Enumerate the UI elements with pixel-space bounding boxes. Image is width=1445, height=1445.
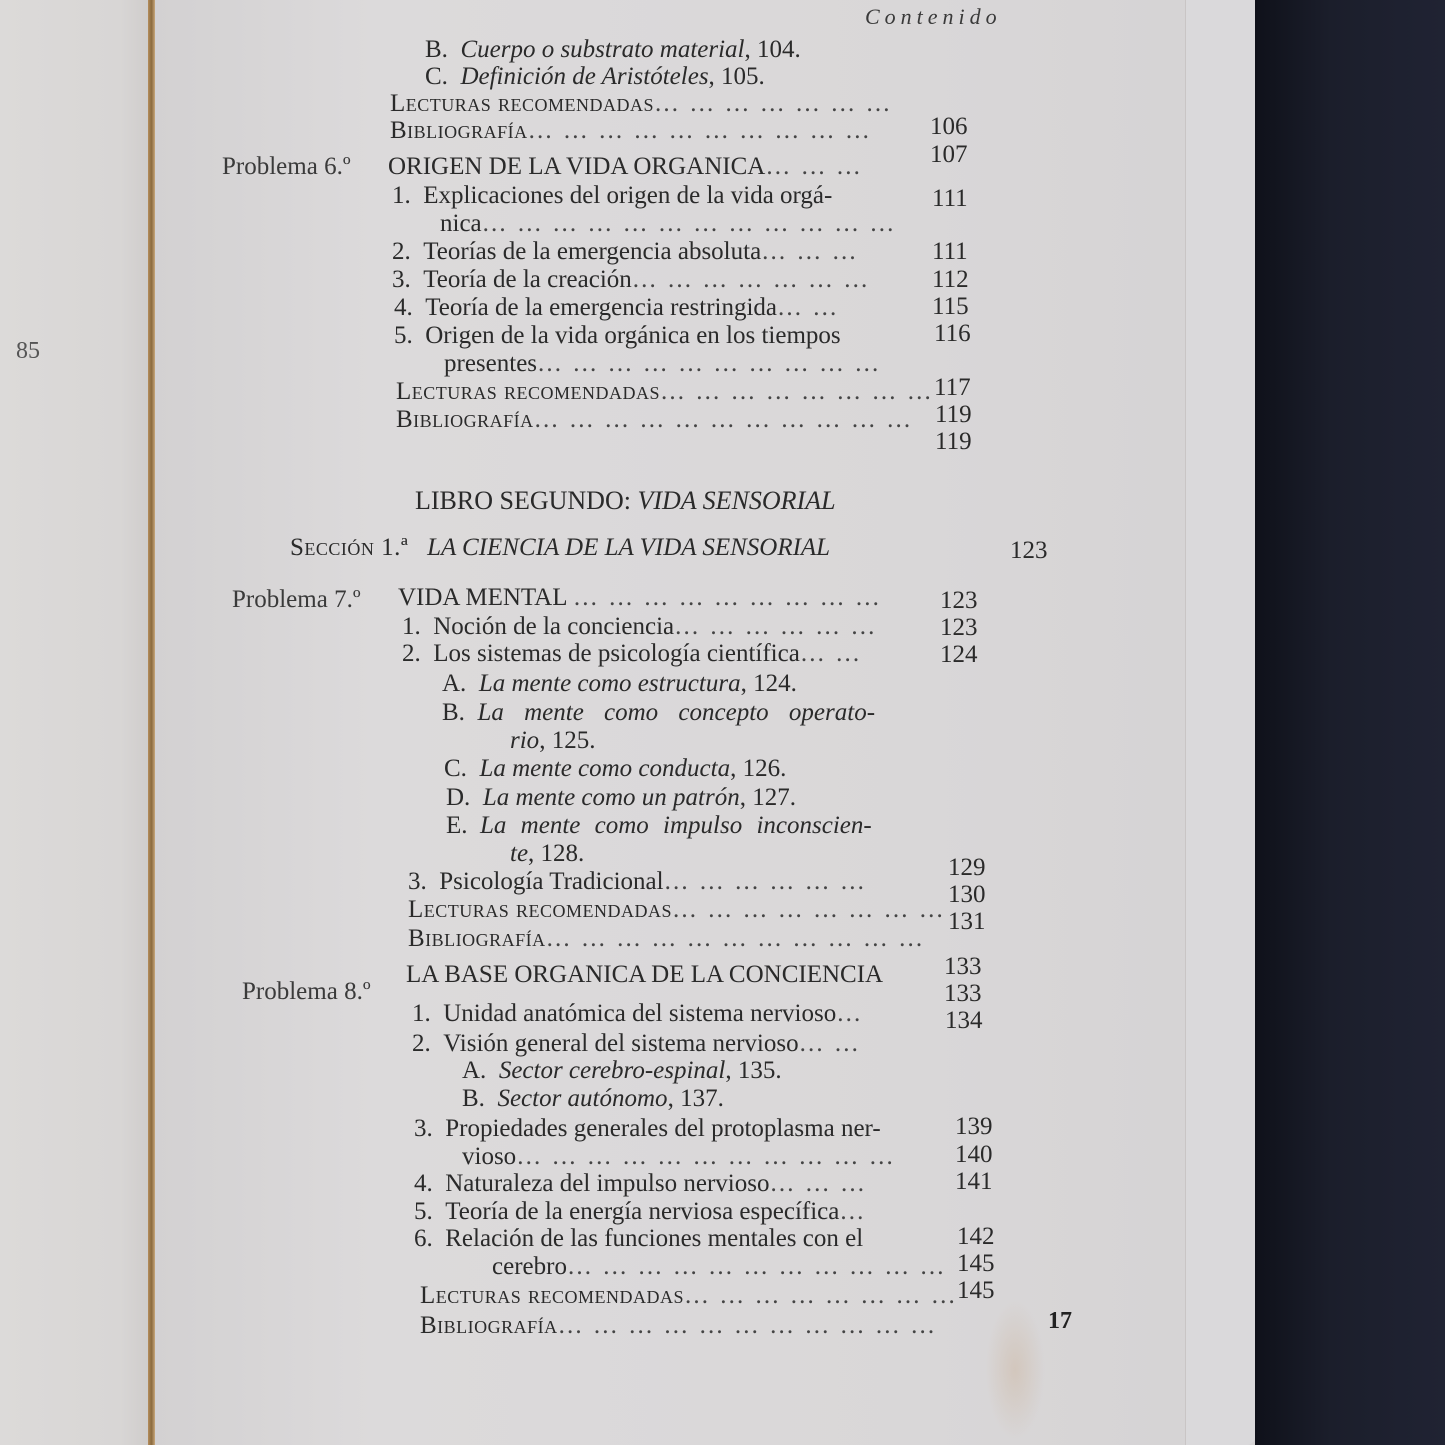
page-ref: 111 (932, 238, 968, 266)
toc-item-cont: cerebro… … … … … … … … … … … (492, 1253, 946, 1281)
toc-subitem: B. Sector autónomo, 137. (462, 1085, 724, 1113)
toc-item: 4. Naturaleza del impulso nervioso… … … (414, 1170, 867, 1198)
page-ref: 141 (955, 1168, 993, 1196)
page-number: 17 (1048, 1308, 1072, 1335)
page-ref: 140 (955, 1141, 993, 1169)
toc-lecturas: Lecturas recomendadas… … … … … … … … (420, 1282, 958, 1310)
page-ref: 130 (948, 881, 986, 909)
dark-background (1255, 0, 1445, 1445)
problema-label: Problema 7.º (232, 586, 361, 614)
page-ref: 119 (935, 401, 972, 429)
toc-subitem: C. Definición de Aristóteles, 105. (425, 63, 765, 91)
problema-label: Problema 6.º (222, 153, 351, 181)
page-ref: 119 (935, 428, 972, 456)
page-ref: 115 (932, 293, 969, 321)
page-ref: 133 (944, 980, 982, 1008)
toc-item-cont: nica… … … … … … … … … … … … (440, 210, 896, 238)
page-ref: 124 (940, 641, 978, 669)
toc-bibliografia: Bibliografía… … … … … … … … … … … (420, 1312, 937, 1340)
toc-item: 2. Visión general del sistema nervioso… … (412, 1030, 861, 1058)
toc-subitem-cont: rio, 125. (510, 727, 595, 755)
page-ref: 145 (957, 1250, 995, 1278)
page-ref: 123 (940, 587, 978, 615)
left-page: 85 (0, 0, 150, 1445)
book-heading: LIBRO SEGUNDO: VIDA SENSORIAL (415, 486, 836, 516)
toc-bibliografia: Bibliografía… … … … … … … … … … (390, 117, 872, 145)
toc-subitem: D. La mente como un patrón, 127. (446, 784, 796, 812)
page-ref: 116 (934, 320, 971, 348)
toc-item: 2. Teorías de la emergencia absoluta… … … (392, 238, 859, 266)
toc-subitem: A. La mente como estructura, 124. (442, 670, 797, 698)
paper-stain (985, 1300, 1045, 1440)
page-ref: 133 (944, 953, 982, 981)
left-page-number: 85 (16, 338, 40, 365)
toc-subitem: B. Cuerpo o substrato material, 104. (425, 36, 801, 64)
toc-subitem: A. Sector cerebro-espinal, 135. (462, 1057, 782, 1085)
toc-item: 1. Unidad anatómica del sistema nervioso… (412, 1000, 863, 1028)
problema-title: LA BASE ORGANICA DE LA CONCIENCIA (406, 961, 883, 989)
page-ref: 142 (957, 1223, 995, 1251)
toc-subitem: E. La mente como impulso inconscien- (446, 812, 872, 840)
toc-bibliografia: Bibliografía… … … … … … … … … … … (408, 925, 925, 953)
running-header: Contenido (865, 4, 1002, 30)
problema-title: VIDA MENTAL … … … … … … … … … (398, 584, 882, 612)
book-gutter (148, 0, 155, 1445)
page-ref: 145 (957, 1277, 995, 1305)
page-ref: 112 (932, 266, 969, 294)
toc-item: 1. Noción de la conciencia… … … … … … (402, 613, 877, 641)
toc-item: 3. Psicología Tradicional… … … … … … (408, 868, 867, 896)
problema-title: ORIGEN DE LA VIDA ORGANICA… … … (388, 153, 863, 181)
toc-item: 3. Propiedades generales del protoplasma… (414, 1115, 881, 1143)
section-heading: Sección 1.ª LA CIENCIA DE LA VIDA SENSOR… (290, 534, 830, 562)
toc-item-cont: vioso… … … … … … … … … … … (462, 1143, 896, 1171)
page-ref: 107 (930, 141, 968, 169)
page-ref: 134 (945, 1007, 983, 1035)
toc-item-cont: presentes… … … … … … … … … … (444, 350, 881, 378)
toc-lecturas: Lecturas recomendadas… … … … … … … … (396, 378, 934, 406)
page-ref: 123 (1010, 537, 1048, 565)
toc-item: 5. Teoría de la energía nerviosa específ… (414, 1198, 866, 1226)
toc-subitem-cont: te, 128. (510, 840, 584, 868)
page-ref: 129 (948, 854, 986, 882)
page-ref: 106 (930, 113, 968, 141)
toc-item: 6. Relación de las funciones mentales co… (414, 1225, 863, 1253)
page-ref: 131 (948, 908, 986, 936)
toc-item: 5. Origen de la vida orgánica en los tie… (394, 322, 841, 350)
page-ref: 111 (932, 185, 968, 213)
toc-item: 1. Explicaciones del origen de la vida o… (392, 182, 832, 210)
toc-item: 3. Teoría de la creación… … … … … … … (392, 266, 870, 294)
toc-subitem: B. La mente como concepto operato- (442, 699, 875, 727)
page-ref: 123 (940, 614, 978, 642)
toc-subitem: C. La mente como conducta, 126. (444, 755, 786, 783)
toc-lecturas: Lecturas recomendadas… … … … … … … … (408, 896, 946, 924)
toc-item: 4. Teoría de la emergencia restringida… … (394, 294, 839, 322)
problema-label: Problema 8.º (242, 978, 371, 1006)
toc-lecturas: Lecturas recomendadas… … … … … … … (390, 90, 893, 118)
toc-item: 2. Los sistemas de psicología científica… (402, 640, 862, 668)
toc-bibliografia: Bibliografía… … … … … … … … … … … (396, 406, 913, 434)
page-edge (1185, 0, 1255, 1445)
page-ref: 117 (934, 374, 971, 402)
page-ref: 139 (955, 1113, 993, 1141)
